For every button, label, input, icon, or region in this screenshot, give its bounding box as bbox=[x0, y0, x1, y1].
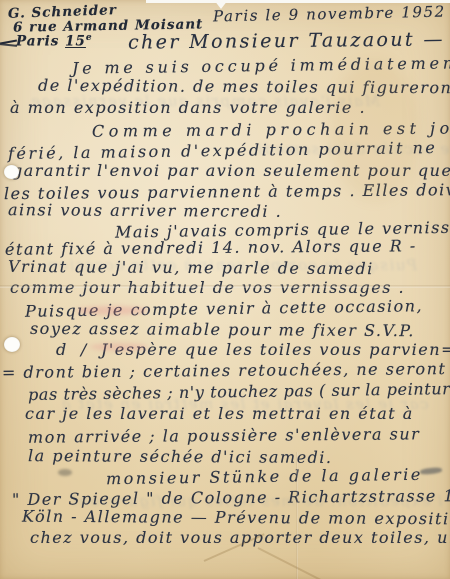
age-stain bbox=[330, 60, 420, 200]
letter-line: car je les laverai et les mettrai en éta… bbox=[25, 405, 414, 423]
horizontal-fold-crease bbox=[0, 285, 450, 288]
letter-line: Vrinat que j'ai vu, me parle de samedi bbox=[8, 258, 374, 278]
letter-paper: Mais j'avais compris que le vernissage l… bbox=[0, 0, 450, 579]
salutation: cher Monsieur Tauzaout — bbox=[128, 29, 445, 53]
punch-hole bbox=[4, 165, 19, 179]
diagonal-crease bbox=[258, 547, 321, 579]
letter-line: ainsi vous arriver mercredi . bbox=[8, 201, 282, 220]
ink-smudge bbox=[420, 467, 443, 475]
letter-line: à mon exposition dans votre galerie . bbox=[10, 99, 366, 117]
letter-line: monsieur Stünke de la galerie bbox=[106, 466, 423, 488]
tear-notch bbox=[214, 0, 228, 9]
letter-photo: { "colors": { "paper": "#ebdab6", "ink":… bbox=[0, 0, 450, 579]
letter-line: la peinture séchée d'ici samedi. bbox=[28, 447, 333, 466]
letter-line: " Der Spiegel " de Cologne - Richartzstr… bbox=[12, 487, 450, 509]
letter-line: soyez assez aimable pour me fixer S.V.P. bbox=[30, 320, 415, 340]
ink-smudge bbox=[58, 469, 72, 476]
letter-line: mon arrivée ; la poussière s'enlèvera su… bbox=[28, 425, 420, 446]
sender-city: Paris 15e bbox=[16, 34, 93, 49]
letter-line: = dront bien ; certaines retouchées, ne … bbox=[2, 360, 447, 381]
sender-city-text: Paris bbox=[16, 34, 65, 50]
dateline: Paris le 9 novembre 1952 bbox=[213, 4, 446, 25]
torn-top-edge bbox=[146, 0, 450, 3]
pink-smudge bbox=[90, 343, 148, 351]
letter-line: étant fixé à vendredi 14. nov. Alors que… bbox=[5, 237, 417, 258]
pink-smudge bbox=[76, 306, 148, 315]
sender-city-sup: e bbox=[86, 33, 93, 43]
letter-line: Köln - Allemagne — Prévenu de mon exposi… bbox=[22, 508, 450, 528]
vertical-fold-crease bbox=[296, 452, 298, 579]
sender-city-number: 15 bbox=[65, 34, 86, 50]
punch-hole bbox=[4, 337, 20, 352]
